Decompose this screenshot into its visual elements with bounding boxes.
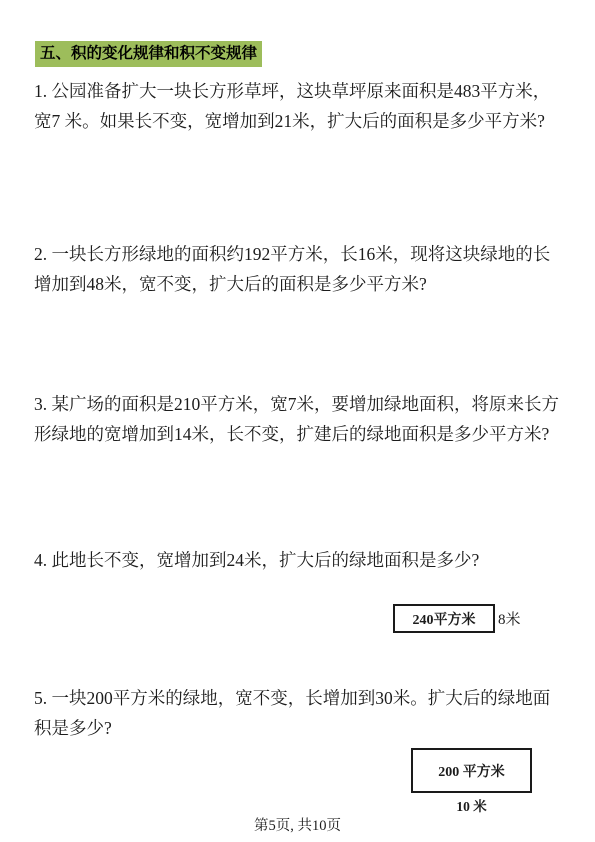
- question-4-line-1: 4. 此地长不变，宽增加到24米，扩大后的绿地面积是多少?: [34, 546, 558, 576]
- length-label: 10 米: [411, 795, 532, 815]
- question-5-line-2: 积是多少?: [34, 714, 558, 744]
- rectangle-area-box: 240平方米: [393, 604, 495, 633]
- question-1-line-2: 宽7 米。如果长不变，宽增加到21米，扩大后的面积是多少平方米?: [34, 107, 558, 137]
- rectangle-diagram-200: 200 平方米 10 米: [411, 748, 532, 815]
- worksheet-page: 五、积的变化规律和积不变规律 1. 公园准备扩大一块长方形草坪，这块草坪原来面积…: [0, 0, 595, 842]
- area-label: 200 平方米: [438, 761, 505, 781]
- question-3-line-2: 形绿地的宽增加到14米，长不变，扩建后的绿地面积是多少平方米?: [34, 420, 558, 450]
- page-number-footer: 第5页, 共10页: [0, 814, 595, 835]
- question-5: 5. 一块200平方米的绿地，宽不变，长增加到30米。扩大后的绿地面 积是多少?: [34, 684, 558, 743]
- question-3: 3. 某广场的面积是210平方米，宽7米，要增加绿地面积，将原来长方 形绿地的宽…: [34, 390, 558, 449]
- rectangle-area-box: 200 平方米: [411, 748, 532, 793]
- question-5-line-1: 5. 一块200平方米的绿地，宽不变，长增加到30米。扩大后的绿地面: [34, 684, 558, 714]
- rectangle-diagram-240: 240平方米 8米: [393, 604, 521, 633]
- question-2-line-2: 增加到48米，宽不变，扩大后的面积是多少平方米?: [34, 270, 558, 300]
- section-title: 五、积的变化规律和积不变规律: [35, 41, 262, 67]
- question-4: 4. 此地长不变，宽增加到24米，扩大后的绿地面积是多少?: [34, 546, 558, 576]
- question-2: 2. 一块长方形绿地的面积约192平方米，长16米，现将这块绿地的长 增加到48…: [34, 240, 558, 299]
- width-label: 8米: [498, 608, 521, 629]
- question-3-line-1: 3. 某广场的面积是210平方米，宽7米，要增加绿地面积，将原来长方: [34, 390, 558, 420]
- question-1: 1. 公园准备扩大一块长方形草坪，这块草坪原来面积是483平方米， 宽7 米。如…: [34, 77, 558, 136]
- question-2-line-1: 2. 一块长方形绿地的面积约192平方米，长16米，现将这块绿地的长: [34, 240, 558, 270]
- area-label: 240平方米: [413, 609, 476, 629]
- question-1-line-1: 1. 公园准备扩大一块长方形草坪，这块草坪原来面积是483平方米，: [34, 77, 558, 107]
